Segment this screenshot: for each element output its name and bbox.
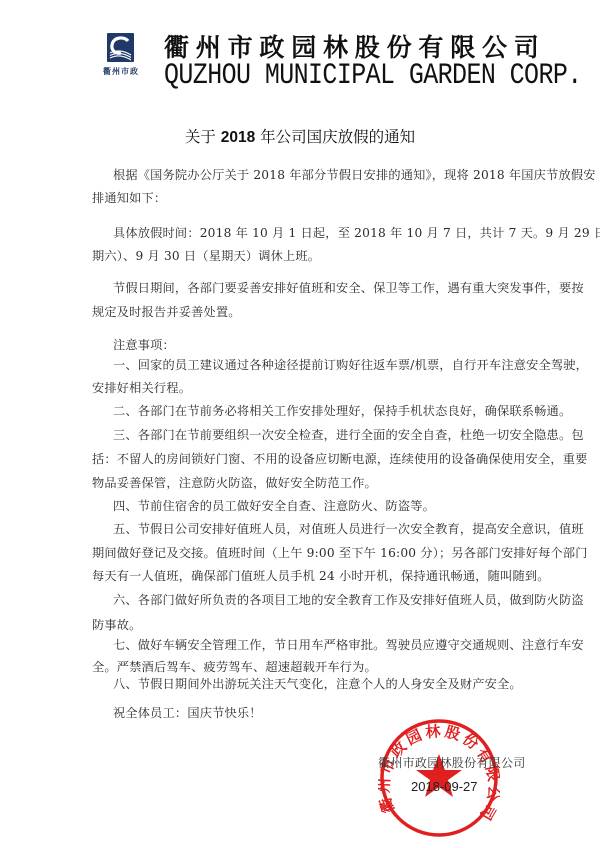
company-logo-icon [107,33,134,62]
note-5-line-1: 五、节假日公司安排好值班人员，对值班人员进行一次安全教育，提高安全意识，值班 [113,521,584,537]
signature-company: 衢州市政园林股份有限公司 [378,754,526,771]
note-5-line-2: 期间做好登记及交接。值班时间（上午 9:00 至下午 16:00 分）；另各部门… [92,545,588,561]
title-suffix: 年公司国庆放假的通知 [255,128,415,146]
letterhead: 衢州市政 衢州市政园林股份有限公司 QUZHOU MUNICIPAL GARDE… [0,0,600,100]
paragraph-basis-line-2: 排通知如下： [92,190,166,206]
company-name-en: QUZHOU MUNICIPAL GARDEN CORP. [164,58,582,92]
title-year: 2018 [221,129,255,146]
notice-title: 关于 2018 年公司国庆放假的通知 [0,125,600,147]
note-6-line-1: 六、各部门做好所负责的各项目工地的安全教育工作及安排好值班人员，做到防火防盗 [113,592,584,608]
note-8: 八、节假日期间外出游玩关注天气变化，注意个人的人身安全及财产安全。 [113,676,522,692]
paragraph-basis-line-1: 根据《国务院办公厅关于 2018 年部分节假日安排的通知》，现将 2018 年国… [113,167,596,183]
signature-date: 2018-09-27 [411,779,478,794]
paragraph-duty-line-2: 规定及时报告并妥善处置。 [92,304,241,320]
title-prefix: 关于 [185,128,221,146]
paragraph-holiday-dates-line-1: 具体放假时间：2018 年 10 月 1 日起，至 2018 年 10 月 7 … [113,225,600,241]
note-3-line-3: 物品妥善保管，注意防火防盗，做好安全防范工作。 [92,475,377,491]
note-2: 二、各部门在节前务必将相关工作安排处理好，保持手机状态良好，确保联系畅通。 [113,403,571,419]
note-3-line-1: 三、各部门在节前要组织一次安全检查，进行全面的安全自查，杜绝一切安全隐患。包 [113,427,584,443]
note-1-line-1: 一、回家的员工建议通过各种途径提前订购好往返车票/机票，自行开车注意安全驾驶， [113,357,588,373]
note-6-line-2: 防事故。 [92,617,142,633]
note-7-line-1: 七、做好车辆安全管理工作，节日用车严格审批。驾驶员应遵守交通规则、注意行车安 [113,637,584,653]
note-3-line-2: 括：不留人的房间锁好门窗、不用的设备应切断电源，连续使用的设备确保使用安全，重要 [92,451,588,467]
paragraph-holiday-dates-line-2: 期六）、9 月 30 日（星期天）调休上班。 [92,248,320,264]
note-1-line-2: 安排好相关行程。 [92,380,191,396]
greeting: 祝全体员工：国庆节快乐！ [113,705,262,721]
note-5-line-3: 每天有一人值班，确保部门值班人员手机 24 小时开机，保持通讯畅通，随叫随到。 [92,568,550,584]
paragraph-duty-line-1: 节假日期间，各部门要妥善安排好值班和安全、保卫等工作，遇有重大突发事件，要按 [113,280,584,296]
note-7-line-2: 全。严禁酒后驾车、疲劳驾车、超速超载开车行为。 [92,659,377,675]
red-seal-stamp-icon: 衢州市政园林股份有限公司 [378,716,500,840]
logo-label: 衢州市政 [99,66,143,77]
note-4: 四、节前住宿舍的员工做好安全自查、注意防火、防盗等。 [113,498,435,514]
notes-heading: 注意事项： [113,337,175,353]
